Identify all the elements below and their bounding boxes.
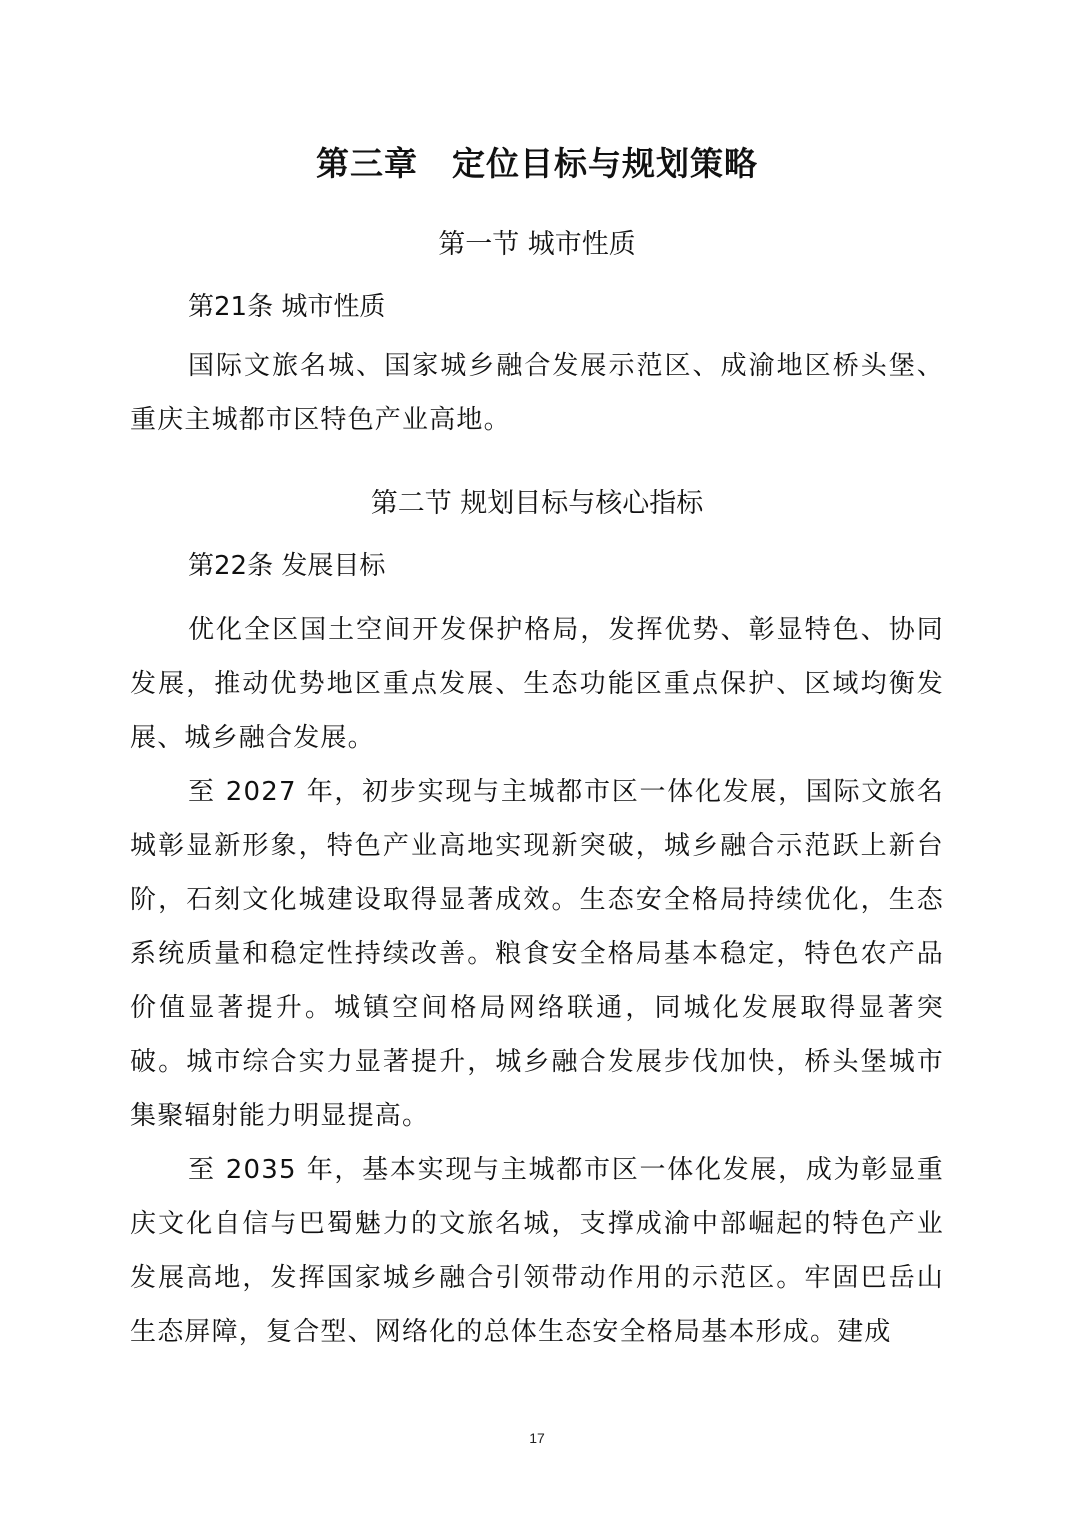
document-page: 第三章 定位目标与规划策略 第一节 城市性质 第21条 城市性质 国际文旅名城、…: [0, 0, 1074, 1520]
article-title-21: 第21条 城市性质: [188, 286, 385, 323]
article-title-22: 第22条 发展目标: [188, 545, 385, 582]
section-title-2: 第二节 规划目标与核心指标: [0, 481, 1074, 520]
paragraph-2027-goal: 至 2027 年，初步实现与主城都市区一体化发展，国际文旅名城彰显新形象，特色产…: [130, 765, 944, 1143]
chapter-title: 第三章 定位目标与规划策略: [0, 138, 1074, 185]
paragraph-city-nature: 国际文旅名城、国家城乡融合发展示范区、成渝地区桥头堡、重庆主城都市区特色产业高地…: [130, 339, 944, 447]
page-number: 17: [0, 1430, 1074, 1446]
paragraph-2035-goal: 至 2035 年，基本实现与主城都市区一体化发展，成为彰显重庆文化自信与巴蜀魅力…: [130, 1143, 944, 1359]
paragraph-development-goal: 优化全区国土空间开发保护格局，发挥优势、彰显特色、协同发展，推动优势地区重点发展…: [130, 603, 944, 765]
section-title-1: 第一节 城市性质: [0, 222, 1074, 261]
